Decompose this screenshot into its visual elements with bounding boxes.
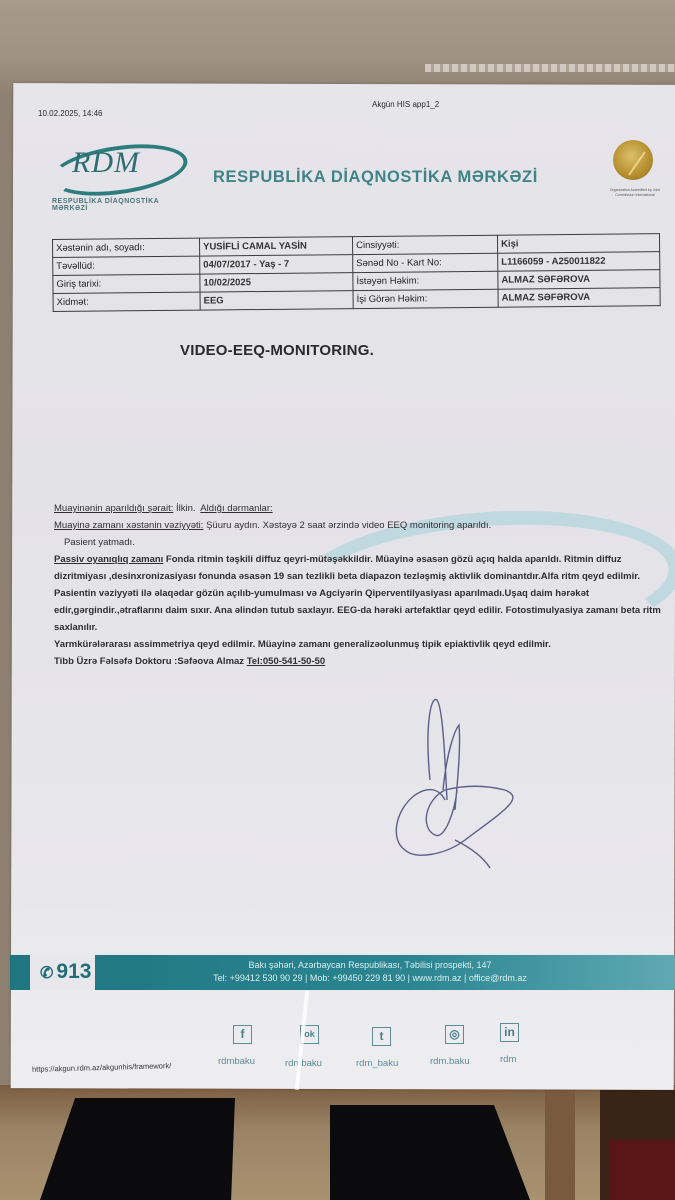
gender-label: Cinsiyyəti: (352, 235, 497, 254)
social-handle[interactable]: rdm (500, 1054, 516, 1065)
requesting-doctor-label: İstəyən Həkim: (353, 271, 498, 290)
rug-pattern (610, 1140, 675, 1200)
print-timestamp: 10.02.2025, 14:46 (38, 109, 103, 118)
logo-subtitle: RESPUBLİKA DİAQNOSTİKA MƏRKƏZİ (52, 198, 194, 212)
social-handle[interactable]: rdmbaku (218, 1056, 255, 1067)
medications-label: Aldığı dərmanlar: (200, 503, 272, 514)
logo-mark: RDM (72, 146, 140, 180)
passive-wakefulness-label: Passiv oyanıqlıq zamanı (54, 554, 163, 565)
birthdate-value: 04/07/2017 - Yaş - 7 (200, 255, 353, 274)
birthdate-label: Təvəllüd: (53, 256, 200, 275)
footer-address: Bakı şəhəri, Azərbaycan Respublikası, Tə… (150, 959, 590, 985)
plastic-sleeve-edge (425, 64, 675, 72)
instagram-icon[interactable]: ◎ (445, 1025, 464, 1044)
report-body: Muayinənin aparıldığı şərait: İlkin. Ald… (54, 500, 664, 670)
social-handle[interactable]: rdm_baku (356, 1058, 398, 1069)
conclusion-text: Yarmkürələrarası assimmetriya qeyd edilm… (54, 636, 664, 653)
performing-doctor-label: İşi Görən Həkim: (353, 289, 498, 308)
rug-pattern (545, 1085, 575, 1200)
social-handle[interactable]: rdm.baku (430, 1056, 470, 1067)
patient-name-value: YUSİFLİ CAMAL YASİN (199, 237, 352, 256)
footer-contact-bar: ✆913 Bakı şəhəri, Azərbaycan Respublikas… (10, 955, 675, 990)
performing-doctor-value: ALMAZ SƏFƏROVA (498, 288, 660, 308)
contacts-text: Tel: +99412 530 90 29 | Mob: +99450 229 … (150, 972, 590, 985)
facebook-icon[interactable]: f (233, 1025, 252, 1044)
rdm-logo: RDM RESPUBLİKA DİAQNOSTİKA MƏRKƏZİ (44, 140, 194, 210)
passive-wakefulness-text: Fonda ritmin təşkili diffuz qeyri-mütəşə… (54, 554, 661, 633)
organization-title: RESPUBLİKA DİAQNOSTİKA MƏRKƏZİ (213, 168, 538, 187)
print-system-name: Akgün HIS app1_2 (372, 100, 439, 109)
admission-date-label: Giriş tarixi: (53, 274, 200, 293)
document-number-label: Sənəd No - Kart No: (353, 253, 498, 272)
patient-state-value-2: Pasient yatmadı. (54, 534, 664, 551)
conditions-label: Muayinənin aparıldığı şərait: (54, 503, 173, 514)
requesting-doctor-value: ALMAZ SƏFƏROVA (498, 270, 660, 290)
accreditation-caption: Organization Accredited by Joint Commiss… (600, 188, 670, 198)
doctor-signature-line: Tibb Üzrə Fəlsəfə Doktoru :Səfəova Almaz (54, 656, 247, 667)
patient-name-label: Xəstənin adı, soyadı: (53, 238, 200, 257)
conditions-value: İlkin. (173, 503, 195, 514)
twitter-icon[interactable]: t (372, 1027, 391, 1046)
admission-date-value: 10/02/2025 (200, 273, 353, 292)
patient-state-value: Şüuru aydın. Xəstəyə 2 saat ərzində vide… (203, 520, 491, 531)
hotline: ✆913 (40, 960, 91, 984)
address-text: Bakı şəhəri, Azərbaycan Respublikası, Tə… (150, 959, 590, 972)
social-handle[interactable]: rdmbaku (285, 1058, 322, 1069)
patient-state-label: Muayinə zamanı xəstənin vəziyyəti: (54, 520, 203, 531)
doctor-signature (385, 690, 555, 870)
phone-icon: ✆ (40, 965, 53, 982)
jci-seal-icon (613, 140, 653, 180)
service-label: Xidmət: (53, 292, 200, 311)
report-title: VIDEO-EEQ-MONITORING. (180, 342, 374, 359)
linkedin-icon[interactable]: in (500, 1023, 519, 1042)
gender-value: Kişi (497, 234, 659, 254)
doctor-phone: Tel:050-541-50-50 (247, 656, 326, 667)
patient-info-table: Xəstənin adı, soyadı: YUSİFLİ CAMAL YASİ… (52, 233, 661, 312)
service-value: EEG (200, 291, 353, 310)
document-number-value: L1166059 - A250011822 (498, 252, 660, 272)
